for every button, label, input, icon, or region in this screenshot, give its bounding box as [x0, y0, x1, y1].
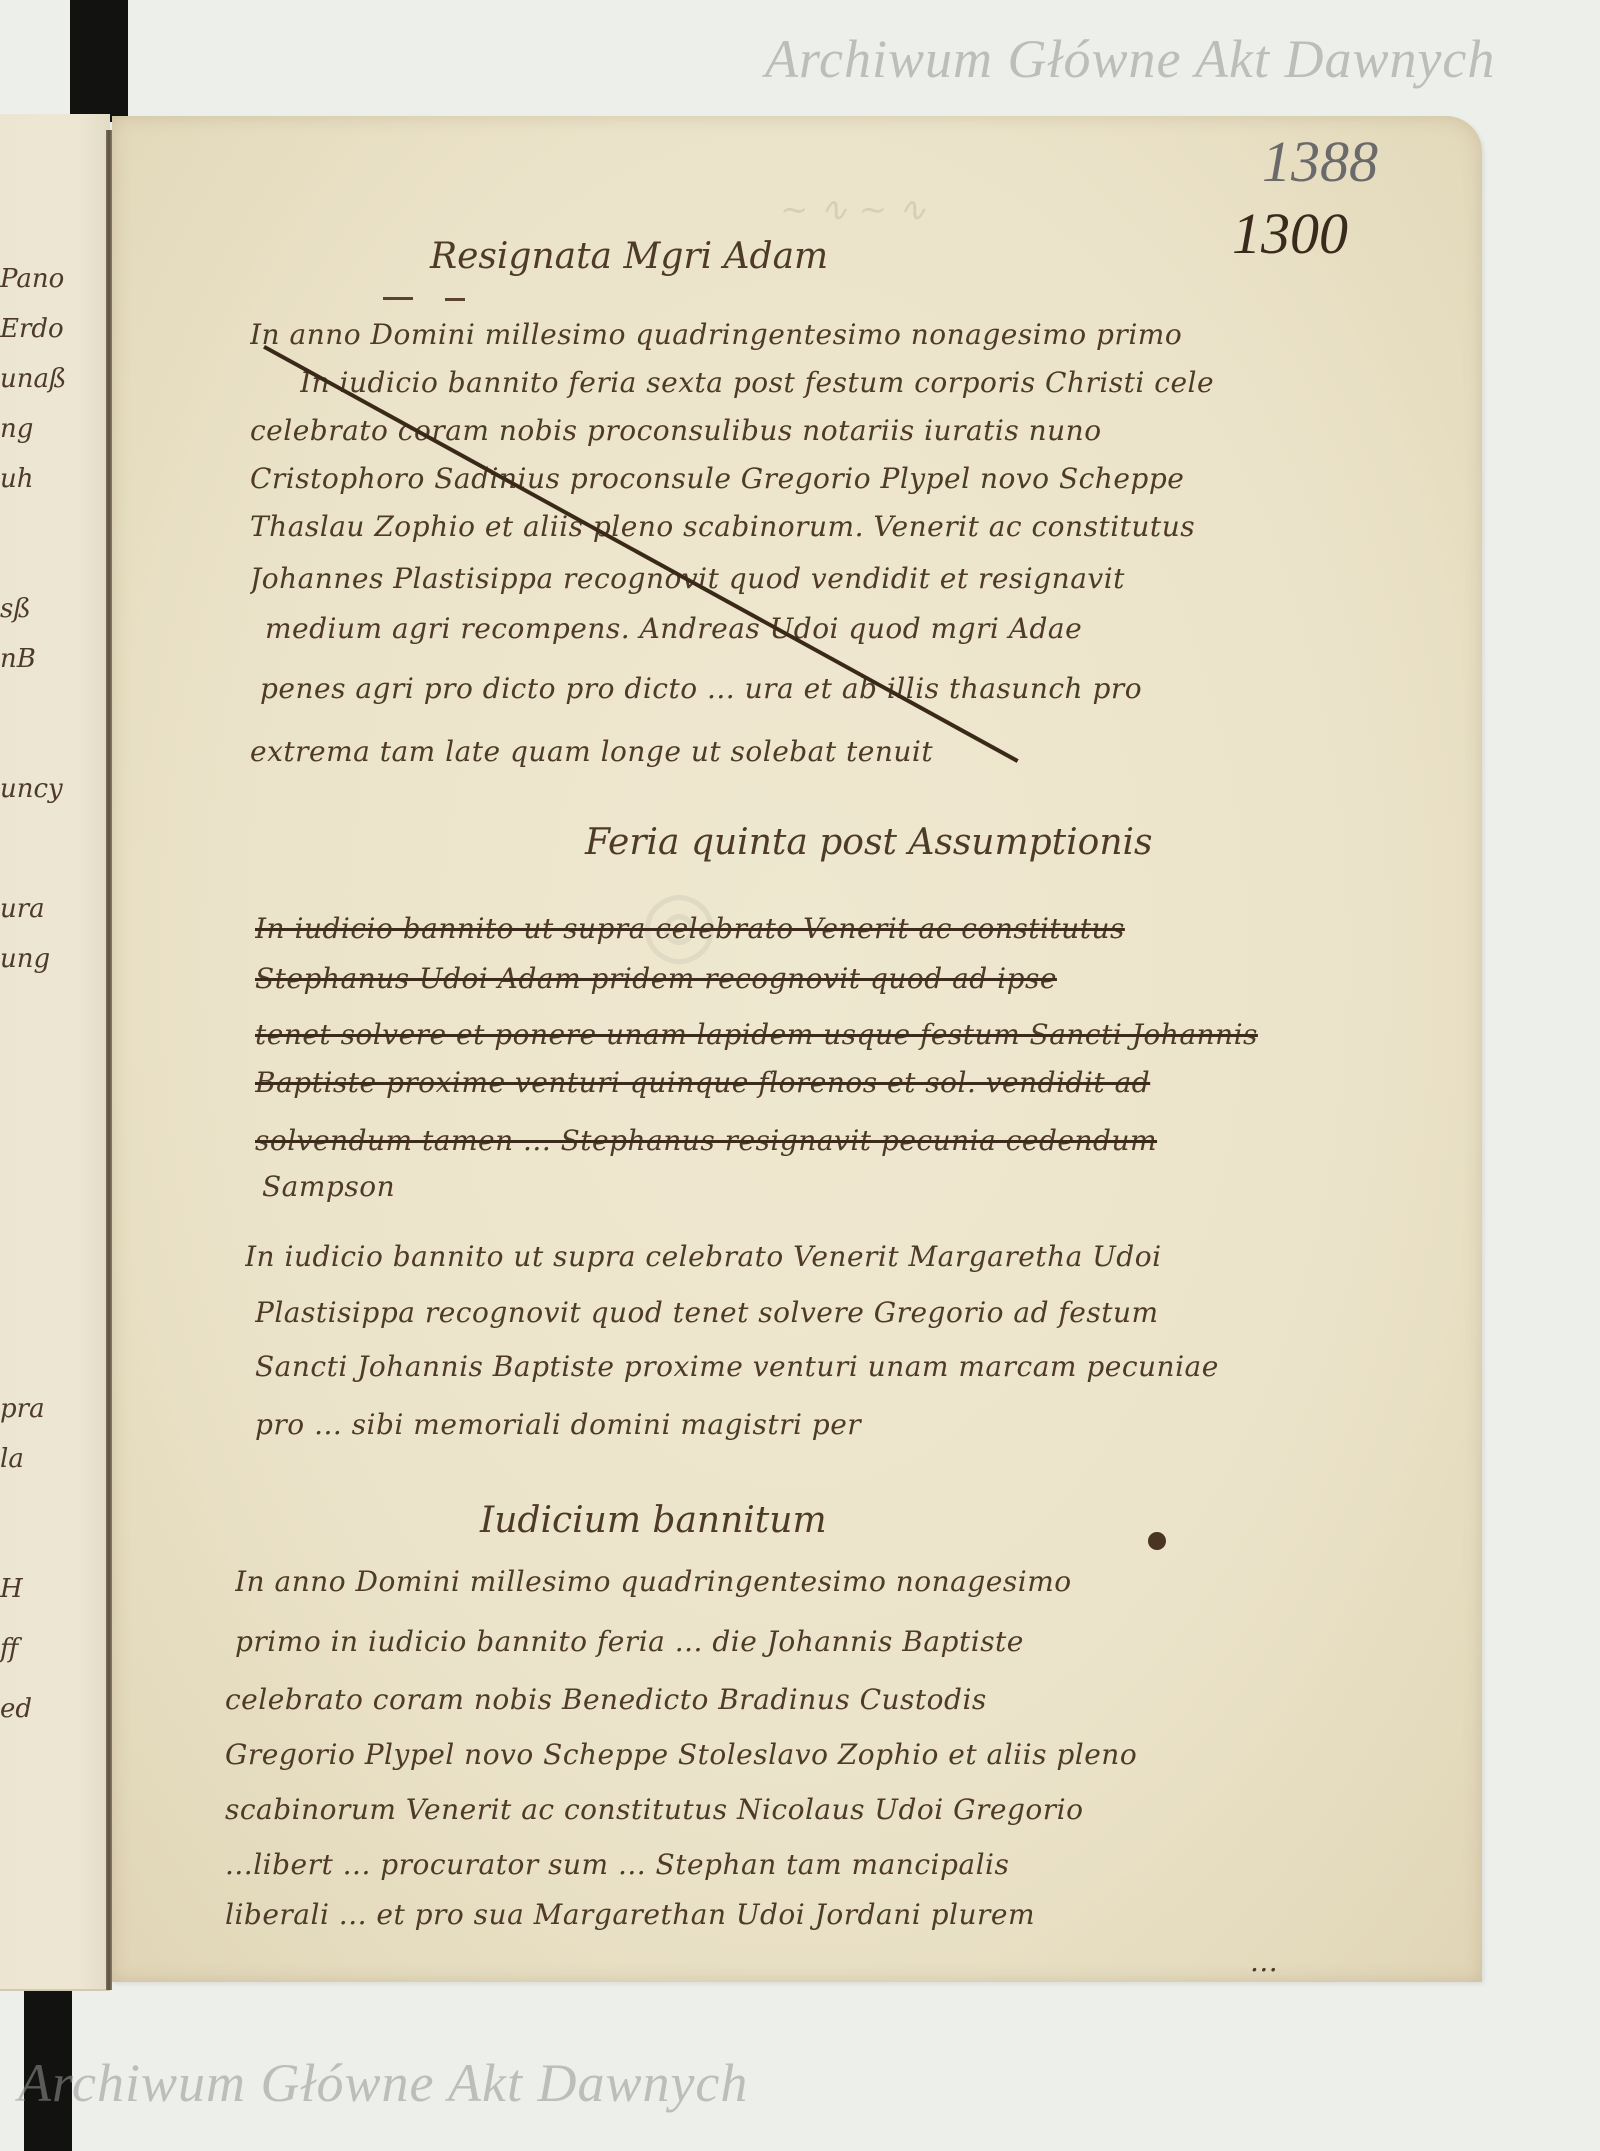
- archive-watermark-bottom: Archiwum Główne Akt Dawnych: [18, 2052, 748, 2114]
- entry-line: Sancti Johannis Baptiste proxime venturi…: [255, 1350, 1415, 1383]
- left-page-text: la: [0, 1444, 24, 1474]
- struck-entry-line: tenet solvere et ponere unam lapidem usq…: [255, 1018, 1415, 1051]
- struck-entry-line: In iudicio bannito ut supra celebrato Ve…: [255, 912, 1415, 945]
- left-page-fragment: Pano Erdo unaß ng uh sß nB uncy ura ung …: [0, 114, 110, 1991]
- left-page-text: ura: [0, 894, 45, 924]
- entry-line: scabinorum Venerit ac constitutus Nicola…: [225, 1793, 1385, 1826]
- entry-line: ...libert ... procurator sum ... Stephan…: [225, 1848, 1385, 1881]
- left-page-text: Erdo: [0, 314, 64, 344]
- struck-entry-line: Stephanus Udoi Adam pridem recognovit qu…: [255, 962, 1415, 995]
- entry-line: primo in iudicio bannito feria ... die J…: [235, 1625, 1395, 1658]
- entry-line: celebrato coram nobis proconsulibus nota…: [250, 414, 1410, 447]
- folio-number-pencil: 1388: [1262, 128, 1378, 195]
- entry-line: pro ... sibi memoriali domini magistri p…: [255, 1408, 1415, 1441]
- entry-line: extrema tam late quam longe ut solebat t…: [250, 735, 1410, 768]
- left-page-text: ff: [0, 1634, 18, 1664]
- decorative-dash: [383, 297, 413, 300]
- left-page-text: unaß: [0, 364, 66, 394]
- decorative-dash: [445, 298, 465, 301]
- entry-line: Gregorio Plypel novo Scheppe Stoleslavo …: [225, 1738, 1385, 1771]
- entry-line: medium agri recompens. Andreas Udoi quod…: [265, 612, 1425, 645]
- binding-strip-top: [70, 0, 128, 122]
- left-page-text: Pano: [0, 264, 64, 294]
- entry-line: celebrato coram nobis Benedicto Bradinus…: [225, 1683, 1385, 1716]
- folio-number-ink: 1300: [1232, 200, 1348, 267]
- left-page-text: uh: [0, 464, 34, 494]
- left-page-text: pra: [0, 1394, 45, 1424]
- entry-line: penes agri pro dicto pro dicto ... ura e…: [260, 672, 1420, 705]
- entry-line: Sampson: [262, 1170, 1422, 1203]
- left-page-text: sß: [0, 594, 31, 624]
- left-page-text: nB: [0, 644, 36, 674]
- entry-line: In anno Domini millesimo quadringentesim…: [235, 1565, 1395, 1598]
- entry-heading: Resignata Mgri Adam: [430, 236, 828, 277]
- entry-line: In iudicio bannito ut supra celebrato Ve…: [245, 1240, 1405, 1273]
- entry-line: Plastisippa recognovit quod tenet solver…: [255, 1296, 1415, 1329]
- entry-line: Cristophoro Sadinius proconsule Gregorio…: [250, 462, 1410, 495]
- entry-line: Johannes Plastisippa recognovit quod ven…: [250, 562, 1410, 595]
- ink-blot: [1148, 1532, 1166, 1550]
- entry-heading: Feria quinta post Assumptionis: [585, 822, 1153, 863]
- struck-entry-line: solvendum tamen ... Stephanus resignavit…: [255, 1124, 1415, 1157]
- archive-watermark-top: Archiwum Główne Akt Dawnych: [765, 28, 1495, 90]
- struck-entry-line: Baptiste proxime venturi quinque floreno…: [255, 1066, 1415, 1099]
- left-page-text: ung: [0, 944, 50, 974]
- entry-line: In anno Domini millesimo quadringentesim…: [250, 318, 1410, 351]
- entry-line: Thaslau Zophio et aliis pleno scabinorum…: [250, 510, 1410, 543]
- left-page-text: uncy: [0, 774, 63, 804]
- left-page-text: ed: [0, 1694, 32, 1724]
- left-page-text: H: [0, 1574, 23, 1604]
- entry-heading: Iudicium bannitum: [480, 1500, 827, 1541]
- entry-line: liberali ... et pro sua Margarethan Udoi…: [225, 1898, 1385, 1931]
- show-through-ink: ∼ ∿ ∼ ∿: [780, 190, 926, 230]
- entry-line: In iudicio bannito feria sexta post fest…: [300, 366, 1460, 399]
- left-page-text: ng: [0, 414, 33, 444]
- entry-line: ...: [1250, 1945, 1370, 1978]
